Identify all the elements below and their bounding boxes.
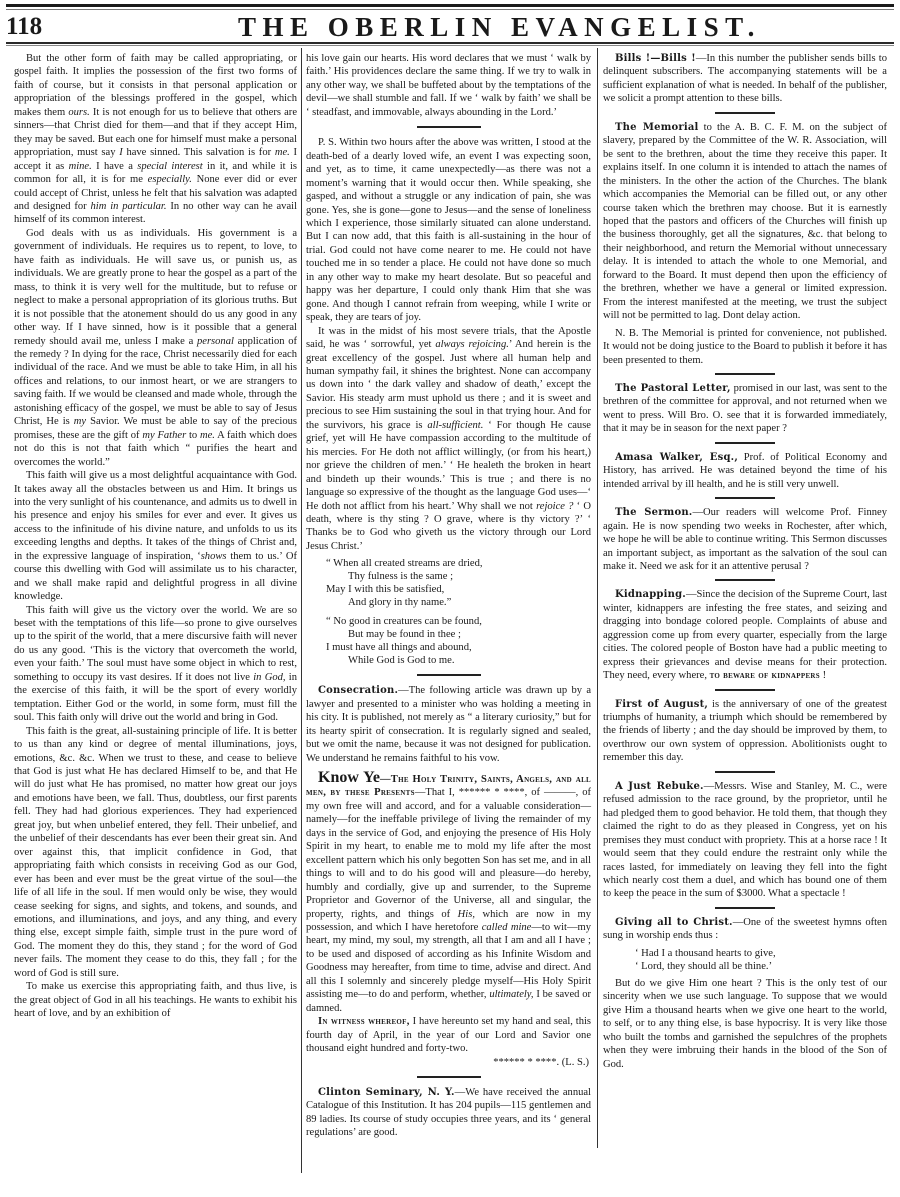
separator-rule [715, 689, 775, 691]
verse-line: “ No good in creatures can be found, [306, 615, 591, 628]
article-bills: Bills !—Bills !—In this number the publi… [603, 52, 887, 106]
hymn-verse: ‘ Had I a thousand hearts to give, ‘ Lor… [603, 947, 887, 973]
masthead-bottom-rule [6, 42, 894, 44]
paragraph-memorial-nb: N. B. The Memorial is printed for conven… [603, 327, 887, 367]
article-heading: Amasa Walker, Esq., [615, 452, 738, 463]
article-giving-all-to-christ: Giving all to Christ.—One of the sweetes… [603, 916, 887, 943]
verse-line: “ When all created streams are dried, [306, 557, 591, 570]
column-divider-2 [597, 48, 598, 1148]
masthead-top-rule-thin [6, 9, 894, 10]
paragraph-giving-after: But do we give Him one heart ? This is t… [603, 977, 887, 1071]
separator-rule [715, 442, 775, 444]
paragraph-victory: This faith will give us the victory over… [14, 604, 297, 725]
article-heading: Bills !—Bills ! [615, 53, 696, 64]
separator-rule [715, 907, 775, 909]
masthead-top-rule [6, 4, 894, 7]
paragraph-postscript: P. S. Within two hours after the above w… [306, 136, 591, 324]
paragraph-acquaintance: This faith will give us a most delightfu… [14, 469, 297, 604]
masthead-bottom-rule-thin [6, 45, 894, 46]
article-pastoral-letter: The Pastoral Letter, promised in our las… [603, 382, 887, 436]
column-3: Bills !—Bills !—In this number the publi… [603, 52, 887, 1071]
verse-line: I must have all things and abound, [306, 641, 591, 654]
separator-rule [715, 497, 775, 499]
signature-seal: ****** * ****. (L. S.) [306, 1056, 591, 1069]
column-1: But the other form of faith may be calle… [14, 52, 297, 1021]
verse-line: And glory in thy name.” [306, 596, 591, 609]
verse-line: May I with this be satisfied, [306, 583, 591, 596]
article-heading: The Memorial [615, 122, 699, 133]
verse-line: While God is God to me. [306, 654, 591, 667]
column-divider-1 [301, 48, 302, 1173]
article-heading: Giving all to Christ. [615, 917, 733, 928]
paragraph-principle-of-life: This faith is the great, all-sustaining … [14, 725, 297, 981]
page-number: 118 [6, 13, 42, 41]
verse-line: Thy fulness is the same ; [306, 570, 591, 583]
separator-rule [417, 126, 481, 128]
paper-title: THE OBERLIN EVANGELIST. [238, 12, 761, 43]
separator-rule [715, 373, 775, 375]
paragraph-appropriating-faith: But the other form of faith may be calle… [14, 52, 297, 227]
article-heading: The Sermon. [615, 507, 692, 518]
know-ye-lead: Know Ye [318, 769, 380, 786]
article-just-rebuke: A Just Rebuke.—Messrs. Wise and Stanley,… [603, 780, 887, 901]
article-clinton-seminary: Clinton Seminary, N. Y.—We have received… [306, 1086, 591, 1140]
paragraph-exercise-faith: To make us exercise this appropriating f… [14, 980, 297, 1020]
article-heading: The Pastoral Letter, [615, 383, 731, 394]
paragraph-continuation: his love gain our hearts. His word decla… [306, 52, 591, 119]
verse-line: ‘ Lord, they should all be thine.’ [603, 960, 887, 973]
separator-rule [715, 112, 775, 114]
article-consecration: Consecration.—The following article was … [306, 684, 591, 765]
separator-rule [417, 1076, 481, 1078]
masthead: 118 THE OBERLIN EVANGELIST. [6, 4, 894, 44]
verse-line: ‘ Had I a thousand hearts to give, [603, 947, 887, 960]
newspaper-page: 118 THE OBERLIN EVANGELIST. But the othe… [0, 0, 900, 1197]
article-amasa-walker: Amasa Walker, Esq., Prof. of Political E… [603, 451, 887, 491]
separator-rule [715, 771, 775, 773]
paragraph-individuals: God deals with us as individuals. His go… [14, 227, 297, 469]
paragraph-apostle: It was in the midst of his most severe t… [306, 325, 591, 554]
article-know-ye: Know Ye—The Holy Trinity, Saints, Angels… [306, 771, 591, 1015]
article-first-of-august: First of August, is the anniversary of o… [603, 698, 887, 765]
article-heading: Kidnapping. [615, 589, 686, 600]
article-heading: A Just Rebuke. [615, 781, 704, 792]
hymn-verse: “ When all created streams are dried, Th… [306, 557, 591, 667]
verse-line: But may be found in thee ; [306, 628, 591, 641]
article-sermon: The Sermon.—Our readers will welcome Pro… [603, 506, 887, 573]
paragraph-witness: In witness whereof, I have hereunto set … [306, 1015, 591, 1055]
article-heading: Consecration. [318, 685, 398, 696]
separator-rule [417, 674, 481, 676]
article-heading: Clinton Seminary, N. Y. [318, 1087, 455, 1098]
column-2: his love gain our hearts. His word decla… [306, 52, 591, 1140]
article-kidnapping: Kidnapping.—Since the decision of the Su… [603, 588, 887, 682]
article-heading: First of August, [615, 699, 708, 710]
separator-rule [715, 579, 775, 581]
article-memorial: The Memorial to the A. B. C. F. M. on th… [603, 121, 887, 323]
